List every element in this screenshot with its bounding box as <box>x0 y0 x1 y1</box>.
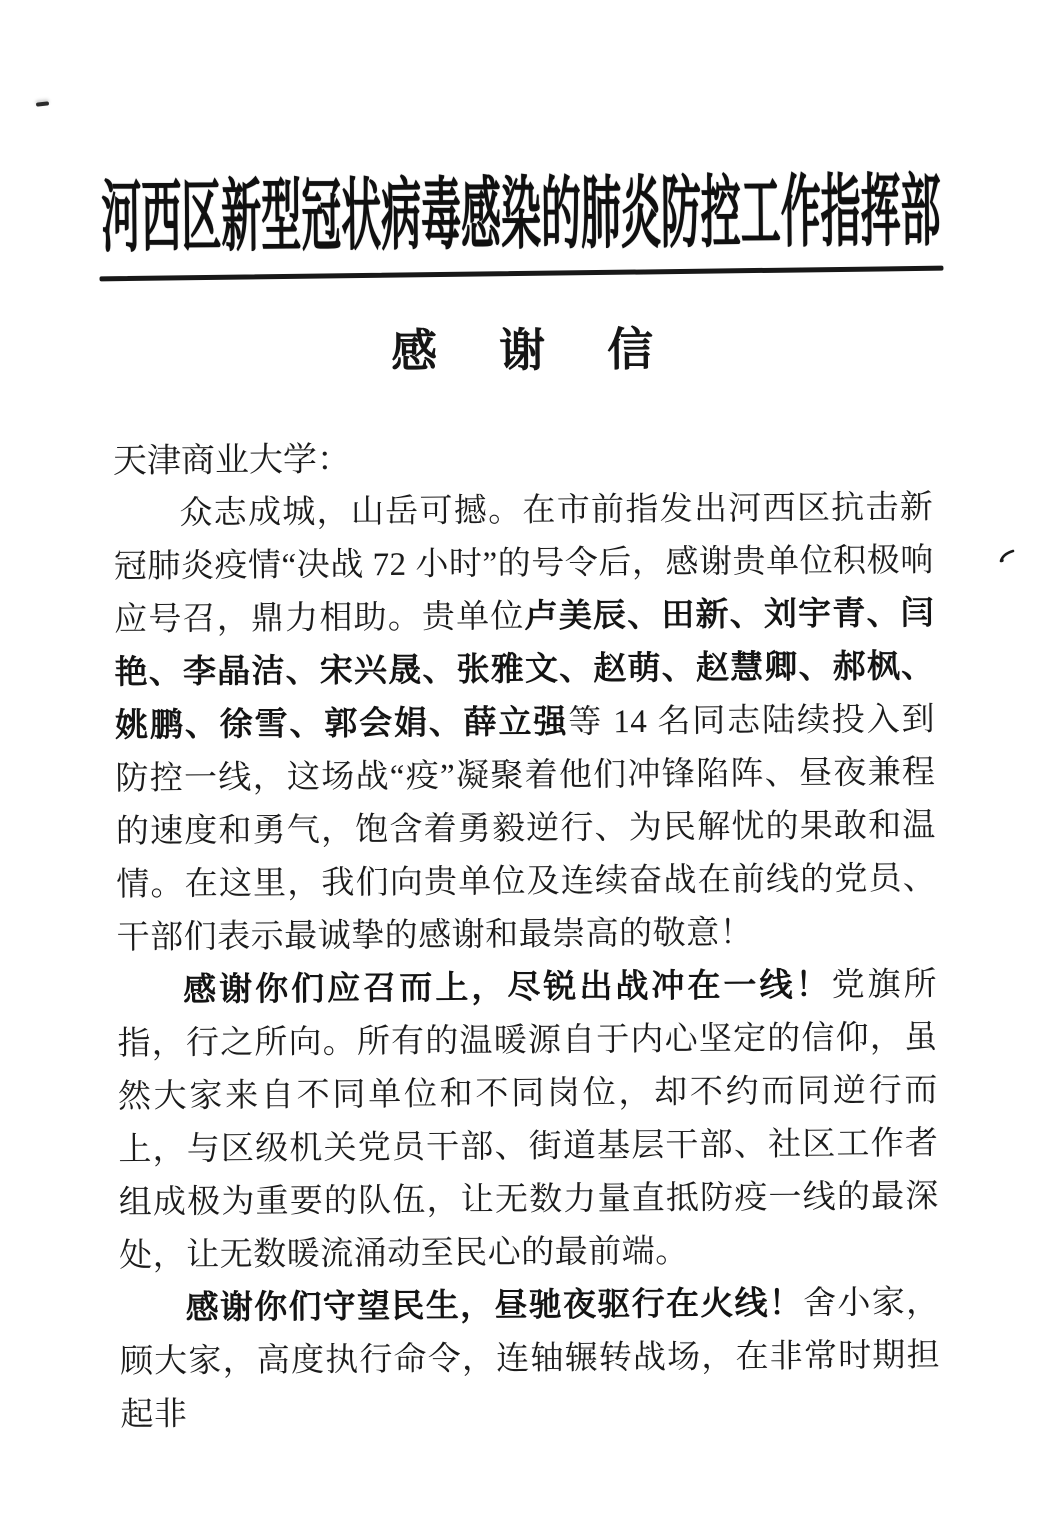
paragraph: 众志成城，山岳可撼。在市前指发出河西区抗击新冠肺炎疫情“决战 72 小时”的号令… <box>113 481 937 964</box>
paragraph: 感谢你们应召而上，尽锐出战冲在一线！党旗所指，行之所向。所有的温暖源自于内心坚定… <box>117 958 939 1282</box>
emphasis-text: 感谢你们应召而上，尽锐出战冲在一线！ <box>183 967 832 1008</box>
letter-body: 众志成城，山岳可撼。在市前指发出河西区抗击新冠肺炎疫情“决战 72 小时”的号令… <box>113 481 940 1441</box>
body-text: 党旗所指，行之所向。所有的温暖源自于内心坚定的信仰，虽然大家来自不同单位和不同岗… <box>117 966 939 1273</box>
letter-title-text: 感谢信 <box>391 324 715 378</box>
letterhead-divider <box>99 266 943 282</box>
letterhead-title: 河西区新型冠状病毒感染的肺炎防控工作指挥部 <box>101 169 941 263</box>
page-content: 河西区新型冠状病毒感染的肺炎防控工作指挥部 感谢信 天津商业大学： 众志成城，山… <box>0 0 1050 1443</box>
salutation: 天津商业大学： <box>113 428 933 487</box>
letter-title: 感谢信 <box>112 319 932 383</box>
letterhead: 河西区新型冠状病毒感染的肺炎防控工作指挥部 <box>111 173 932 259</box>
paragraph: 感谢你们守望民生，昼驰夜驱行在火线！舍小家，顾大家，高度执行命令，连轴辗转战场，… <box>119 1276 940 1441</box>
scanned-letter-page: 河西区新型冠状病毒感染的肺炎防控工作指挥部 感谢信 天津商业大学： 众志成城，山… <box>0 0 1050 1515</box>
emphasis-text: 感谢你们守望民生，昼驰夜驱行在火线！ <box>185 1286 803 1327</box>
